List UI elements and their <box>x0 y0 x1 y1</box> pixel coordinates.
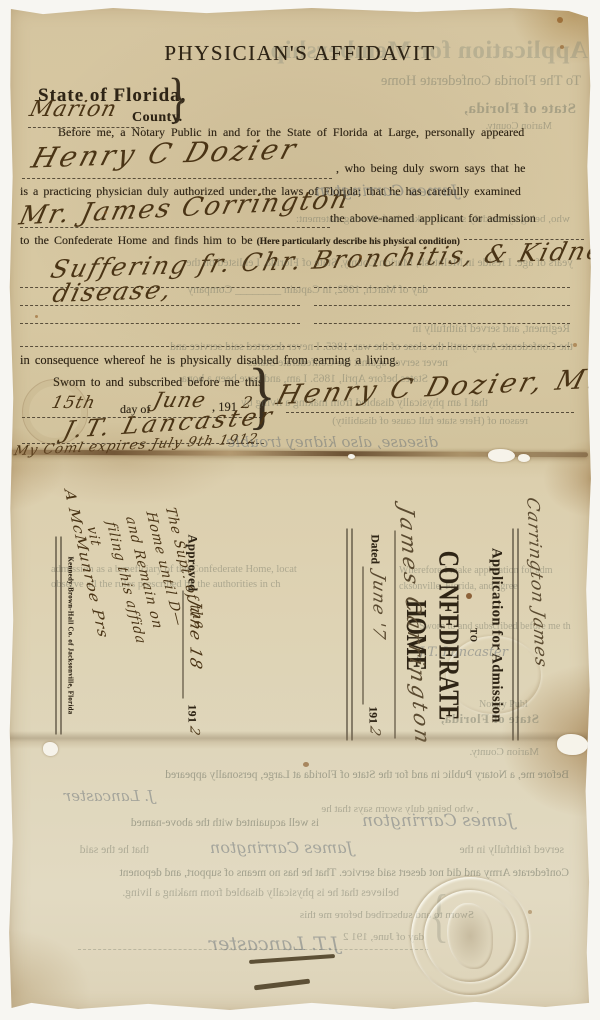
ghost-line: J.T. Lancaster <box>89 933 339 955</box>
ghost-line: day of March, 1862, in Captain ________ … <box>28 284 428 296</box>
fox-spot <box>35 315 38 318</box>
name-line-1 <box>22 177 332 179</box>
docket-signature-line <box>395 531 397 739</box>
ghost-line: that he the said <box>34 844 149 856</box>
docket-app-line2: TO <box>469 531 479 741</box>
ghost-line: Before me, a Notary Public in and for th… <box>34 769 569 781</box>
docket-rule-top <box>513 529 519 741</box>
ghost-line: never served against the Confederate Sta… <box>28 357 448 369</box>
docket-dated-line <box>363 567 365 705</box>
county-label: County. <box>132 110 183 126</box>
paper-chip <box>518 454 530 462</box>
fox-spot <box>466 593 472 599</box>
sworn-clause: , who being duly sworn says that he <box>336 161 525 176</box>
ghost-line: Regiment, and served faithfully in <box>198 323 570 335</box>
docket-dated-handwritten: June '7 <box>369 570 389 642</box>
docket-rule-bottom <box>347 529 353 741</box>
ghost-line: the Confederate Army until the close of … <box>28 341 573 353</box>
signature-line <box>286 411 574 413</box>
fox-spot <box>303 762 309 767</box>
docket-dated-year-prefix: 191 <box>367 707 379 724</box>
paper-chip <box>557 734 588 755</box>
paper-chip <box>43 742 58 756</box>
fox-spot <box>528 910 532 914</box>
ghost-line: reason of (Here state full cause of disa… <box>28 415 528 427</box>
finds-line-text: to the Confederate Home and finds him to… <box>20 233 253 247</box>
fox-spot <box>560 45 564 49</box>
ghost-line: Confederate Army and did not desert said… <box>34 867 569 879</box>
ghost-line: disease, also kidney trouble <box>58 433 438 451</box>
ghost-state-label: State of Florida, <box>426 101 576 118</box>
fox-spot <box>573 343 577 347</box>
ghost-line: served faithfully in the <box>359 844 564 856</box>
docket-app-line1: Application for Admission <box>488 531 505 741</box>
ghost-subtitle: To The Florida Confederate Home <box>276 73 581 90</box>
ghost-rule <box>78 949 428 950</box>
docket-endorsed-name: Carrington James <box>522 496 551 670</box>
notary-seal-embossed <box>411 877 529 995</box>
affidavit-title: PHYSICIAN'S AFFIDAVIT <box>8 41 592 66</box>
scanned-document-photo: Application for Membership To The Florid… <box>0 0 600 1020</box>
affidavit-paper: Application for Membership To The Florid… <box>8 5 592 1013</box>
docket-dated-label: Dated <box>369 535 381 564</box>
paper-chip <box>348 454 355 459</box>
ghost-line: that I am physically disabled from makin… <box>58 397 488 409</box>
ink-bleed-stroke <box>249 954 335 963</box>
approval-panel: Approved June 18 191 2 The Supt. of the … <box>50 479 200 744</box>
county-handwritten: Marion <box>27 97 120 122</box>
dotted-row-b2 <box>314 304 570 306</box>
printer-imprint: Kennedy-Brown-Hall Co. of Jacksonville, … <box>67 537 74 735</box>
ink-bleed-stroke <box>254 979 310 990</box>
fox-spot <box>104 211 107 214</box>
dotted-row-b1 <box>20 304 300 306</box>
ghost-line: years of age. I reside in McIntosh, Mari… <box>28 257 573 269</box>
paper-chip <box>488 449 515 462</box>
ghost-line: J. Lancaster <box>44 787 154 805</box>
ghost-line: Marion County. <box>389 746 539 758</box>
ghost-line: James Carrington <box>148 838 353 857</box>
name-line-2 <box>20 226 330 228</box>
fox-spot <box>359 255 362 258</box>
ghost-line: States before April, 1865. I am, and hav… <box>28 373 428 385</box>
imprint-rule <box>56 537 62 735</box>
ghost-line: believes that he is physically disabled … <box>34 887 399 899</box>
fox-spot <box>557 17 563 23</box>
ghost-line: James Carrington <box>288 181 458 200</box>
ghost-line: who, being by me duly sworn, makes the f… <box>198 213 570 225</box>
ghost-line: is well acquainted with the above-named <box>34 817 319 829</box>
docket-panel: Carrington James Application for Admissi… <box>334 469 549 759</box>
ghost-line: James Carrington <box>314 811 514 831</box>
